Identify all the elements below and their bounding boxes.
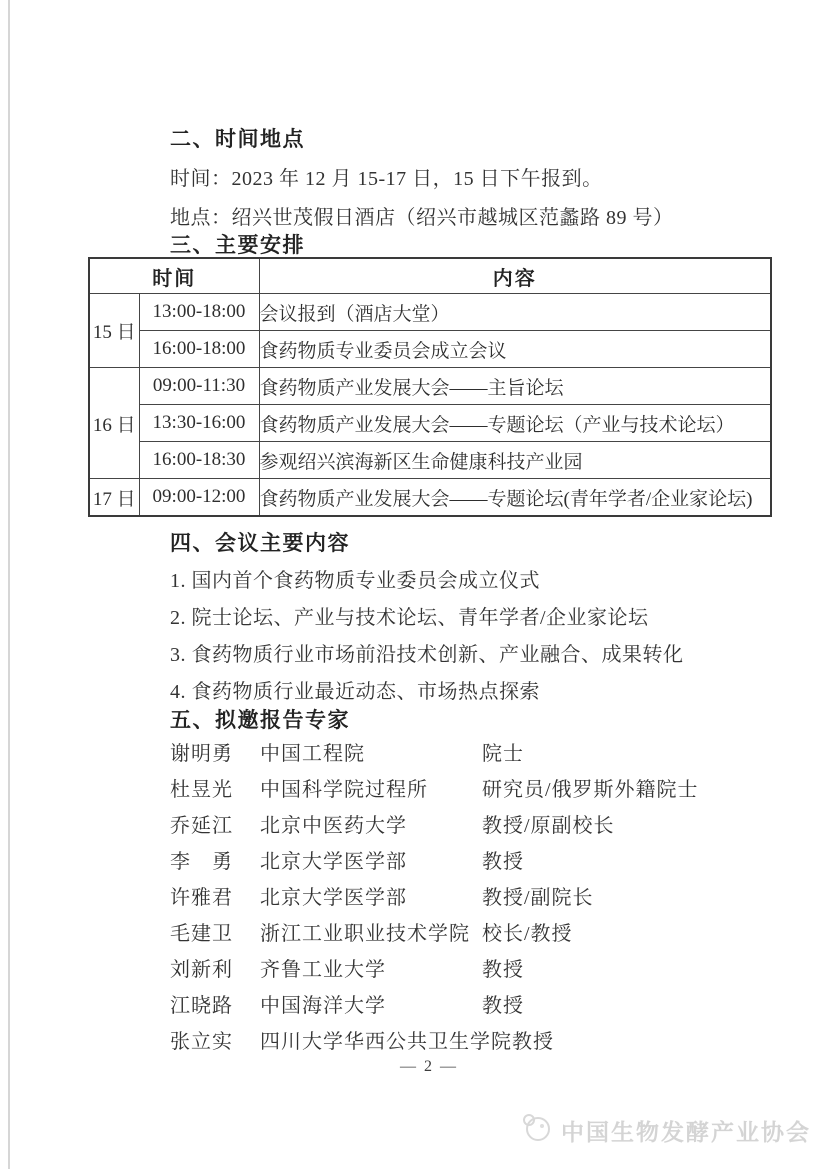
content-cell: 食药物质产业发展大会——专题论坛(青年学者/企业家论坛) xyxy=(259,479,771,517)
schedule-header-content: 内容 xyxy=(259,258,771,294)
association-name: 中国生物发酵产业协会 xyxy=(561,1114,811,1147)
association-logo-icon xyxy=(519,1112,553,1149)
list-item: 杜昱光 中国科学院过程所 研究员/俄罗斯外籍院士 xyxy=(170,769,699,805)
expert-affiliation: 北京大学医学部 xyxy=(260,881,482,910)
table-row: 13:30-16:00 食药物质产业发展大会——专题论坛（产业与技术论坛） xyxy=(89,405,771,442)
expert-name: 刘新利 xyxy=(170,953,260,982)
expert-title: 研究员/俄罗斯外籍院士 xyxy=(482,773,699,802)
expert-title: 教授/原副校长 xyxy=(482,809,615,838)
document-page: 二、时间地点 时间：2023 年 12 月 15-17 日，15 日下午报到。 … xyxy=(0,0,827,1169)
content-cell: 会议报到（酒店大堂） xyxy=(259,294,771,331)
expert-title: 校长/教授 xyxy=(482,917,573,946)
list-item: 谢明勇 中国工程院 院士 xyxy=(170,733,699,769)
expert-affiliation: 中国工程院 xyxy=(260,737,482,766)
section-heading-experts: 五、拟邀报告专家 xyxy=(170,704,350,734)
expert-name: 张立实 xyxy=(170,1025,260,1054)
experts-list: 谢明勇 中国工程院 院士 杜昱光 中国科学院过程所 研究员/俄罗斯外籍院士 乔延… xyxy=(170,733,699,1057)
expert-affiliation: 北京大学医学部 xyxy=(260,845,482,874)
table-row: 16:00-18:30 参观绍兴滨海新区生命健康科技产业园 xyxy=(89,442,771,479)
expert-affiliation: 齐鲁工业大学 xyxy=(260,953,482,982)
expert-title: 院士 xyxy=(482,737,524,766)
page-number: — 2 — xyxy=(88,1058,770,1076)
expert-name: 江晓路 xyxy=(170,989,260,1018)
association-watermark: 中国生物发酵产业协会 xyxy=(519,1112,811,1149)
expert-affiliation: 浙江工业职业技术学院 xyxy=(260,917,482,946)
schedule-table: 时间 内容 15 日 13:00-18:00 会议报到（酒店大堂） 16:00-… xyxy=(88,257,772,517)
list-item: 张立实 四川大学华西公共卫生学院 教授 xyxy=(170,1021,699,1057)
scan-edge-artifact xyxy=(8,0,10,1169)
content-item-4: 4. 食药物质行业最近动态、市场热点探索 xyxy=(170,675,540,704)
list-item: 李 勇 北京大学医学部 教授 xyxy=(170,841,699,877)
location-line: 地点：绍兴世茂假日酒店（绍兴市越城区范蠡路 89 号） xyxy=(170,201,674,230)
expert-name: 李 勇 xyxy=(170,845,260,874)
day-cell: 15 日 xyxy=(89,294,139,368)
table-row: 15 日 13:00-18:00 会议报到（酒店大堂） xyxy=(89,294,771,331)
table-row: 16:00-18:00 食药物质专业委员会成立会议 xyxy=(89,331,771,368)
time-cell: 16:00-18:00 xyxy=(139,331,259,368)
expert-affiliation: 中国科学院过程所 xyxy=(260,773,482,802)
expert-title: 教授 xyxy=(512,1025,554,1054)
time-cell: 13:00-18:00 xyxy=(139,294,259,331)
time-cell: 16:00-18:30 xyxy=(139,442,259,479)
expert-affiliation: 北京中医药大学 xyxy=(260,809,482,838)
list-item: 许雅君 北京大学医学部 教授/副院长 xyxy=(170,877,699,913)
section-heading-main-content: 四、会议主要内容 xyxy=(170,527,350,557)
schedule-header-row: 时间 内容 xyxy=(89,258,771,294)
expert-name: 毛建卫 xyxy=(170,917,260,946)
time-line: 时间：2023 年 12 月 15-17 日，15 日下午报到。 xyxy=(170,162,603,191)
table-row: 16 日 09:00-11:30 食药物质产业发展大会——主旨论坛 xyxy=(89,368,771,405)
time-cell: 09:00-11:30 xyxy=(139,368,259,405)
expert-name: 许雅君 xyxy=(170,881,260,910)
section-heading-time-location: 二、时间地点 xyxy=(170,123,305,153)
content-cell: 食药物质产业发展大会——专题论坛（产业与技术论坛） xyxy=(259,405,771,442)
time-cell: 13:30-16:00 xyxy=(139,405,259,442)
content-cell: 食药物质产业发展大会——主旨论坛 xyxy=(259,368,771,405)
expert-title: 教授/副院长 xyxy=(482,881,594,910)
day-cell: 16 日 xyxy=(89,368,139,479)
day-cell: 17 日 xyxy=(89,479,139,517)
expert-name: 杜昱光 xyxy=(170,773,260,802)
expert-affiliation: 中国海洋大学 xyxy=(260,989,482,1018)
time-cell: 09:00-12:00 xyxy=(139,479,259,517)
list-item: 江晓路 中国海洋大学 教授 xyxy=(170,985,699,1021)
expert-title: 教授 xyxy=(482,953,524,982)
content-item-2: 2. 院士论坛、产业与技术论坛、青年学者/企业家论坛 xyxy=(170,601,649,630)
content-item-1: 1. 国内首个食药物质专业委员会成立仪式 xyxy=(170,564,540,593)
list-item: 刘新利 齐鲁工业大学 教授 xyxy=(170,949,699,985)
list-item: 乔延江 北京中医药大学 教授/原副校长 xyxy=(170,805,699,841)
list-item: 毛建卫 浙江工业职业技术学院 校长/教授 xyxy=(170,913,699,949)
section-heading-schedule: 三、主要安排 xyxy=(170,229,305,259)
expert-affiliation: 四川大学华西公共卫生学院 xyxy=(260,1025,512,1054)
content-cell: 参观绍兴滨海新区生命健康科技产业园 xyxy=(259,442,771,479)
table-row: 17 日 09:00-12:00 食药物质产业发展大会——专题论坛(青年学者/企… xyxy=(89,479,771,517)
content-cell: 食药物质专业委员会成立会议 xyxy=(259,331,771,368)
expert-name: 谢明勇 xyxy=(170,737,260,766)
expert-title: 教授 xyxy=(482,989,524,1018)
content-item-3: 3. 食药物质行业市场前沿技术创新、产业融合、成果转化 xyxy=(170,638,684,667)
expert-title: 教授 xyxy=(482,845,524,874)
expert-name: 乔延江 xyxy=(170,809,260,838)
schedule-header-time: 时间 xyxy=(89,258,259,294)
